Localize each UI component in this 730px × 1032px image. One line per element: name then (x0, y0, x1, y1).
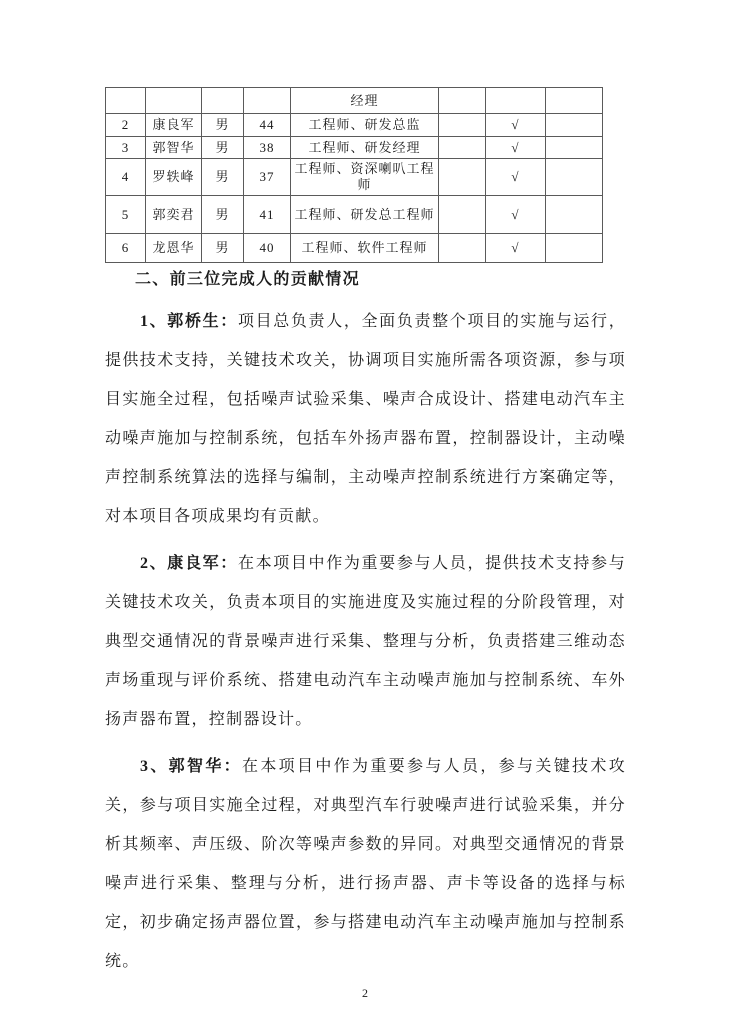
contribution-paragraph-1: 1、郭桥生：项目总负责人，全面负责整个项目的实施与运行，提供技术支持，关键技术攻… (105, 302, 626, 536)
document-body: 二、前三位完成人的贡献情况 1、郭桥生：项目总负责人，全面负责整个项目的实施与运… (105, 266, 626, 981)
cell-title: 工程师、研发总工程师 (291, 196, 439, 234)
cell-no (106, 88, 146, 114)
cell-blank-2 (546, 196, 603, 234)
cell-no: 4 (106, 159, 146, 196)
contribution-paragraph-3: 3、郭智华：在本项目中作为重要参与人员，参与关键技术攻关，参与项目实施全过程，对… (105, 747, 626, 981)
cell-name: 康良军 (146, 114, 202, 137)
completers-table: 经理 2 康良军 男 44 工程师、研发总监 √ 3 郭智华 男 38 工程师、… (105, 87, 603, 263)
cell-blank-1 (439, 137, 486, 159)
cell-name: 郭奕君 (146, 196, 202, 234)
check-mark: √ (486, 114, 546, 137)
cell-no: 5 (106, 196, 146, 234)
check-mark: √ (486, 234, 546, 263)
cell-age: 40 (244, 234, 291, 263)
table-row: 3 郭智华 男 38 工程师、研发经理 √ (106, 137, 603, 159)
cell-gender: 男 (202, 159, 244, 196)
cell-gender: 男 (202, 196, 244, 234)
section-heading: 二、前三位完成人的贡献情况 (105, 266, 626, 294)
cell-title: 工程师、研发经理 (291, 137, 439, 159)
paragraph-body: 项目总负责人，全面负责整个项目的实施与运行，提供技术支持，关键技术攻关，协调项目… (105, 313, 626, 525)
cell-name: 郭智华 (146, 137, 202, 159)
document-page: 经理 2 康良军 男 44 工程师、研发总监 √ 3 郭智华 男 38 工程师、… (0, 0, 730, 1032)
cell-blank-2 (546, 159, 603, 196)
cell-blank-2 (546, 114, 603, 137)
check-mark: √ (486, 137, 546, 159)
cell-gender: 男 (202, 234, 244, 263)
cell-name: 罗轶峰 (146, 159, 202, 196)
cell-blank-1 (439, 114, 486, 137)
check-mark: √ (486, 196, 546, 234)
cell-age: 37 (244, 159, 291, 196)
cell-name (146, 88, 202, 114)
cell-title: 工程师、资深喇叭工程师 (291, 159, 439, 196)
paragraph-body: 在本项目中作为重要参与人员，提供技术支持参与关键技术攻关，负责本项目的实施进度及… (105, 555, 626, 728)
cell-blank-1 (439, 234, 486, 263)
check-mark: √ (486, 159, 546, 196)
cell-blank-1 (439, 88, 486, 114)
table-row-carryover: 经理 (106, 88, 603, 114)
paragraph-lead: 3、郭智华： (140, 758, 242, 775)
cell-title: 工程师、研发总监 (291, 114, 439, 137)
contribution-paragraph-2: 2、康良军：在本项目中作为重要参与人员，提供技术支持参与关键技术攻关，负责本项目… (105, 544, 626, 739)
cell-age: 38 (244, 137, 291, 159)
cell-no: 3 (106, 137, 146, 159)
cell-title: 经理 (291, 88, 439, 114)
cell-title: 工程师、软件工程师 (291, 234, 439, 263)
cell-blank-2 (546, 137, 603, 159)
cell-age (244, 88, 291, 114)
cell-name: 龙恩华 (146, 234, 202, 263)
cell-gender: 男 (202, 114, 244, 137)
cell-age: 41 (244, 196, 291, 234)
paragraph-lead: 1、郭桥生： (140, 313, 238, 330)
cell-blank-1 (439, 159, 486, 196)
table-row: 4 罗轶峰 男 37 工程师、资深喇叭工程师 √ (106, 159, 603, 196)
cell-check (486, 88, 546, 114)
cell-age: 44 (244, 114, 291, 137)
cell-blank-2 (546, 234, 603, 263)
page-number: 2 (0, 986, 730, 1001)
table-row: 5 郭奕君 男 41 工程师、研发总工程师 √ (106, 196, 603, 234)
paragraph-lead: 2、康良军： (140, 555, 238, 572)
paragraph-body: 在本项目中作为重要参与人员，参与关键技术攻关，参与项目实施全过程，对典型汽车行驶… (105, 758, 626, 970)
cell-no: 2 (106, 114, 146, 137)
table-row: 6 龙恩华 男 40 工程师、软件工程师 √ (106, 234, 603, 263)
cell-gender (202, 88, 244, 114)
cell-no: 6 (106, 234, 146, 263)
cell-gender: 男 (202, 137, 244, 159)
cell-blank-2 (546, 88, 603, 114)
cell-blank-1 (439, 196, 486, 234)
table-row: 2 康良军 男 44 工程师、研发总监 √ (106, 114, 603, 137)
